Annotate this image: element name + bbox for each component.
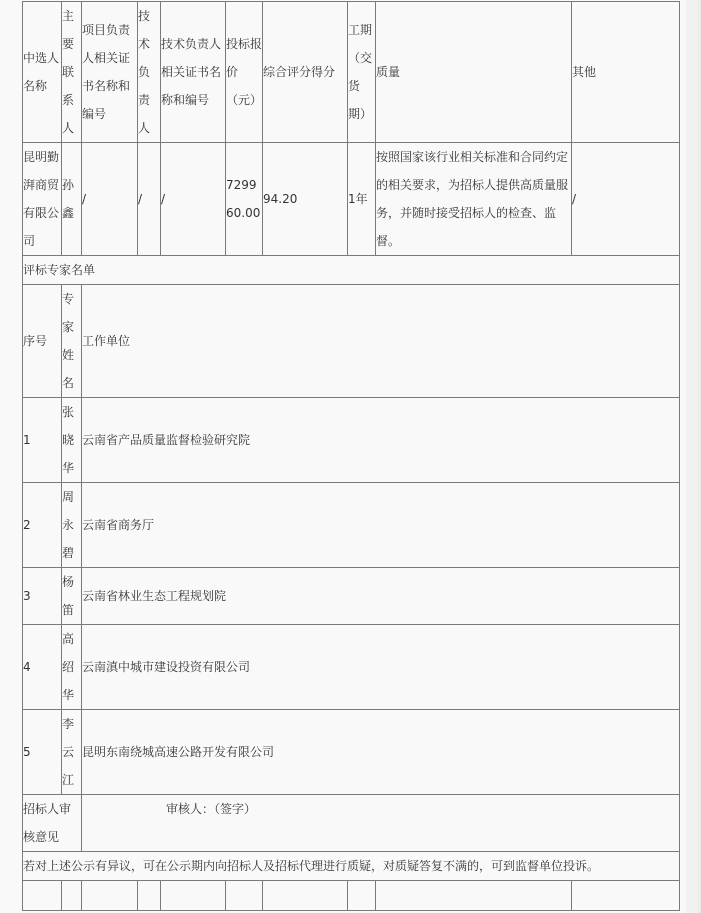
empty-cell: [23, 881, 62, 911]
expert-name: 周永碧: [62, 483, 82, 568]
review-row: 招标人审核意见 审核人：（签字）: [23, 795, 680, 852]
winner-contact: 孙鑫: [62, 143, 82, 256]
empty-cell: [161, 881, 226, 911]
notice-row: 若对上述公示有异议，可在公示期内向招标人及招标代理进行质疑，对质疑答复不满的，可…: [23, 852, 680, 881]
experts-section-row: 评标专家名单: [23, 256, 680, 285]
header-expert-name: 专家姓名: [62, 285, 82, 398]
header-quality: 质量: [376, 2, 572, 143]
header-period: 工期（交货期）: [348, 2, 376, 143]
expert-seq: 3: [23, 568, 62, 625]
winner-score: 94.20: [263, 143, 348, 256]
empty-cell: [348, 881, 376, 911]
winner-tech-lead: /: [138, 143, 161, 256]
objection-notice: 若对上述公示有异议，可在公示期内向招标人及招标代理进行质疑，对质疑答复不满的，可…: [23, 852, 680, 881]
empty-cell: [263, 881, 348, 911]
expert-name: 杨 笛: [62, 568, 82, 625]
winner-quality: 按照国家该行业相关标准和合同约定的相关要求，为招标人提供高质量服务，并随时接受招…: [376, 143, 572, 256]
award-announcement-table: 中选人名称 主要联系人 项目负责人相关证书名称和编号 技术负责人 技术负责人相关…: [22, 1, 680, 911]
expert-seq: 1: [23, 398, 62, 483]
expert-name: 张晓华: [62, 398, 82, 483]
header-tech-certificate: 技术负责人相关证书名称和编号: [161, 2, 226, 143]
empty-cell: [376, 881, 572, 911]
winner-bid-price: 729960.00: [226, 143, 263, 256]
header-main-contact: 主要联系人: [62, 2, 82, 143]
experts-section-title: 评标专家名单: [23, 256, 680, 285]
expert-unit: 云南省产品质量监督检验研究院: [82, 398, 680, 483]
expert-row: 4 高绍华 云南滇中城市建设投资有限公司: [23, 625, 680, 710]
winner-other: /: [572, 143, 680, 256]
expert-name: 李云江: [62, 710, 82, 795]
header-bid-price: 投标报价（元）: [226, 2, 263, 143]
header-work-unit: 工作单位: [82, 285, 680, 398]
expert-seq: 2: [23, 483, 62, 568]
expert-seq: 5: [23, 710, 62, 795]
expert-row: 2 周永碧 云南省商务厅: [23, 483, 680, 568]
empty-cell: [138, 881, 161, 911]
review-label: 招标人审核意见: [23, 795, 82, 852]
expert-unit: 云南省商务厅: [82, 483, 680, 568]
empty-row: [23, 881, 680, 911]
empty-cell: [572, 881, 680, 911]
document-page: 中选人名称 主要联系人 项目负责人相关证书名称和编号 技术负责人 技术负责人相关…: [0, 0, 686, 913]
expert-row: 3 杨 笛 云南省林业生态工程规划院: [23, 568, 680, 625]
expert-seq: 4: [23, 625, 62, 710]
empty-cell: [226, 881, 263, 911]
review-signer: 审核人：（签字）: [82, 795, 680, 852]
winner-name: 昆明勤湃商贸有限公司: [23, 143, 62, 256]
expert-row: 1 张晓华 云南省产品质量监督检验研究院: [23, 398, 680, 483]
header-tech-lead: 技术负责人: [138, 2, 161, 143]
winner-tech-certificate: /: [161, 143, 226, 256]
expert-unit: 云南滇中城市建设投资有限公司: [82, 625, 680, 710]
scrollbar[interactable]: [686, 0, 701, 913]
header-pm-certificate: 项目负责人相关证书名称和编号: [82, 2, 138, 143]
award-header-row: 中选人名称 主要联系人 项目负责人相关证书名称和编号 技术负责人 技术负责人相关…: [23, 2, 680, 143]
expert-row: 5 李云江 昆明东南绕城高速公路开发有限公司: [23, 710, 680, 795]
header-other: 其他: [572, 2, 680, 143]
empty-cell: [62, 881, 82, 911]
expert-name: 高绍华: [62, 625, 82, 710]
header-seq: 序号: [23, 285, 62, 398]
header-winner-name: 中选人名称: [23, 2, 62, 143]
winner-row: 昆明勤湃商贸有限公司 孙鑫 / / / 729960.00 94.20 1年 按…: [23, 143, 680, 256]
empty-cell: [82, 881, 138, 911]
winner-period: 1年: [348, 143, 376, 256]
experts-header-row: 序号 专家姓名 工作单位: [23, 285, 680, 398]
expert-unit: 云南省林业生态工程规划院: [82, 568, 680, 625]
expert-unit: 昆明东南绕城高速公路开发有限公司: [82, 710, 680, 795]
header-score: 综合评分得分: [263, 2, 348, 143]
winner-pm-certificate: /: [82, 143, 138, 256]
